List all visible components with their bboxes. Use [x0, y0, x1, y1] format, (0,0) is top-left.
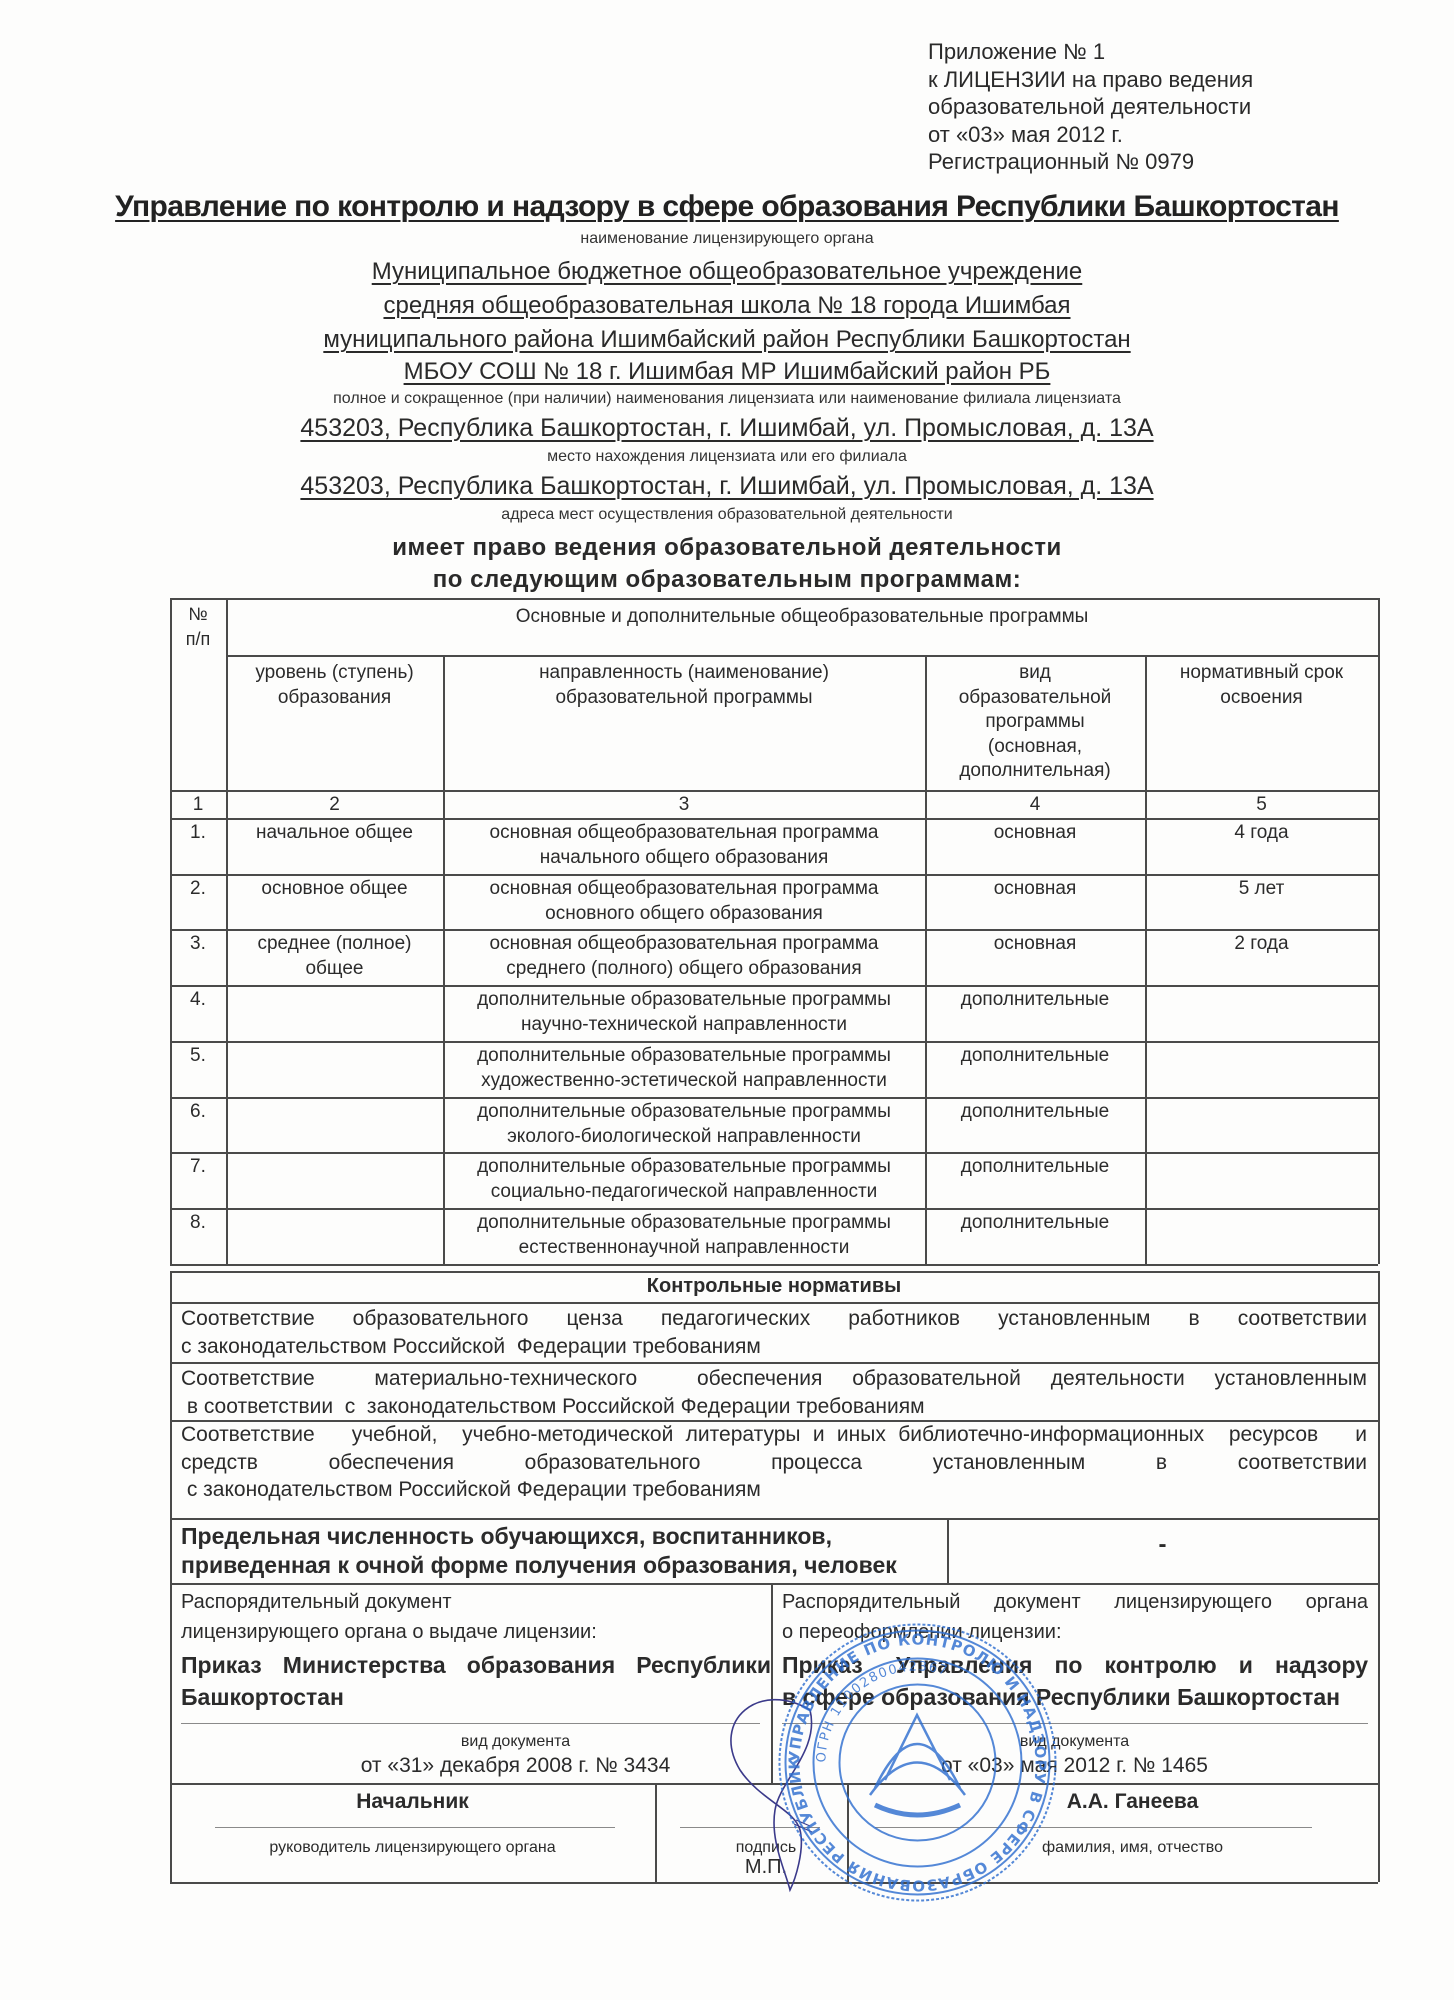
table-column-header: уровень (ступень) образования	[226, 661, 443, 710]
rule-line	[226, 655, 1378, 657]
appendix-line: Приложение № 1	[928, 38, 1253, 66]
licensee-caption: полное и сокращенное (при наличии) наиме…	[0, 390, 1454, 408]
program-kind: основная	[925, 876, 1145, 901]
rule-line	[181, 1723, 760, 1724]
control-norms-title: Контрольные нормативы	[170, 1274, 1378, 1299]
seal-mark: М.П.	[655, 1855, 847, 1880]
control-norm-text: с законодательством Российской Федерации…	[181, 1333, 1367, 1360]
appendix-line: образовательной деятельности	[928, 93, 1253, 121]
table-column-header: направленность (наименование) образовате…	[443, 661, 925, 710]
program-direction: дополнительные образовательные программы…	[443, 1043, 925, 1093]
row-number: 4.	[170, 987, 226, 1012]
rule-line	[215, 1827, 615, 1828]
signatory-position: Начальник	[170, 1789, 655, 1814]
education-level: основное общее	[226, 876, 443, 901]
signatory-name-caption: фамилия, имя, отчество	[847, 1835, 1378, 1860]
column-number: 2	[226, 792, 443, 817]
program-direction: дополнительные образовательные программы…	[443, 1154, 925, 1204]
program-direction: дополнительные образовательные программы…	[443, 1099, 925, 1149]
rule-line	[1145, 655, 1147, 1264]
education-level: начальное общее	[226, 820, 443, 845]
rule-line	[170, 598, 1378, 600]
licensee-short-name: МБОУ СОШ № 18 г. Ишимбая МР Ишимбайский …	[0, 358, 1454, 386]
control-norm-text: Соответствие образовательного ценза педа…	[181, 1305, 1367, 1332]
control-norm-text: Соответствие учебной, учебно-методическо…	[181, 1421, 1367, 1448]
column-number: 1	[170, 792, 226, 817]
row-number: 2.	[170, 876, 226, 901]
reissue-doc-label: о переоформлении лицензии:	[782, 1617, 1368, 1647]
rule-line	[170, 1783, 1378, 1785]
program-kind: дополнительные	[925, 1210, 1145, 1235]
appendix-block: Приложение № 1 к ЛИЦЕНЗИИ на право веден…	[928, 38, 1253, 176]
row-number: 7.	[170, 1154, 226, 1179]
rule-line	[1378, 598, 1380, 1264]
licensing-authority-name: Управление по контролю и надзору в сфере…	[0, 190, 1454, 224]
rule-line	[170, 1362, 1378, 1364]
right-statement-line2: по следующим образовательным программам:	[0, 566, 1454, 594]
program-term: 5 лет	[1145, 876, 1378, 901]
control-norm-text: Соответствие материально-технического об…	[181, 1365, 1367, 1392]
rule-line	[782, 1723, 1368, 1724]
table-header-number: № п/п	[170, 602, 226, 652]
program-direction: основная общеобразовательная программа с…	[443, 931, 925, 981]
program-direction: основная общеобразовательная программа о…	[443, 876, 925, 926]
activity-address-caption: адреса мест осуществления образовательно…	[0, 506, 1454, 524]
right-statement-line1: имеет право ведения образовательной деят…	[0, 534, 1454, 562]
control-norm-text: средств обеспечения образовательного про…	[181, 1449, 1367, 1476]
program-kind: дополнительные	[925, 1099, 1145, 1124]
appendix-line: к ЛИЦЕНЗИИ на право ведения	[928, 66, 1253, 94]
licensee-name-line: Муниципальное бюджетное общеобразователь…	[0, 258, 1454, 286]
program-kind: дополнительные	[925, 987, 1145, 1012]
rule-line	[875, 1827, 1312, 1828]
licensee-location: 453203, Республика Башкортостан, г. Ишим…	[0, 414, 1454, 443]
activity-address: 453203, Республика Башкортостан, г. Ишим…	[0, 472, 1454, 501]
column-number: 4	[925, 792, 1145, 817]
rule-line	[1378, 1271, 1380, 1882]
rule-line	[170, 1882, 1378, 1884]
reissue-doc-label: Распорядительный документ лицензирующего…	[782, 1587, 1368, 1617]
row-number: 1.	[170, 820, 226, 845]
reissue-doc-name: Приказ Управления по контролю и надзору	[782, 1649, 1368, 1681]
program-direction: дополнительные образовательные программы…	[443, 987, 925, 1037]
column-number: 5	[1145, 792, 1378, 817]
appendix-line: Регистрационный № 0979	[928, 148, 1253, 176]
signatory-position-caption: руководитель лицензирующего органа	[170, 1835, 655, 1860]
rule-line	[170, 1271, 1378, 1273]
reissue-doc-name: в сфере образования Республики Башкортос…	[782, 1681, 1368, 1713]
rule-line	[170, 1583, 1378, 1585]
table-column-header: нормативный срок освоения	[1145, 661, 1378, 710]
issue-doc-kind-caption: вид документа	[170, 1729, 771, 1754]
licensee-name-line: средняя общеобразовательная школа № 18 г…	[0, 292, 1454, 320]
column-number: 3	[443, 792, 925, 817]
rule-line	[680, 1827, 820, 1828]
location-caption: место нахождения лицензиата или его фили…	[0, 448, 1454, 466]
quota-value: -	[947, 1532, 1378, 1557]
issue-doc-label: Распорядительный документ	[181, 1587, 771, 1617]
issue-doc-date: от «31» декабря 2008 г. № 3434	[170, 1753, 771, 1778]
licensee-name-line: муниципального района Ишимбайский район …	[0, 326, 1454, 354]
program-term: 4 года	[1145, 820, 1378, 845]
rule-line	[170, 1264, 1378, 1266]
education-level: среднее (полное) общее	[226, 931, 443, 981]
reissue-doc-date: от «03» мая 2012 г. № 1465	[771, 1753, 1378, 1778]
program-kind: дополнительные	[925, 1043, 1145, 1068]
program-direction: основная общеобразовательная программа н…	[443, 820, 925, 870]
rule-line	[170, 1518, 1378, 1520]
issue-doc-name: Башкортостан	[181, 1681, 771, 1713]
row-number: 6.	[170, 1099, 226, 1124]
issue-doc-label: лицензирующего органа о выдаче лицензии:	[181, 1617, 771, 1647]
appendix-line: от «03» мая 2012 г.	[928, 121, 1253, 149]
rule-line	[170, 1302, 1378, 1304]
control-norm-text: в соответствии с законодательством Росси…	[181, 1393, 1367, 1420]
issue-doc-name: Приказ Министерства образования Республи…	[181, 1649, 771, 1681]
quota-label: приведенная к очной форме получения обра…	[181, 1551, 951, 1580]
signatory-name: А.А. Ганеева	[847, 1789, 1378, 1814]
table-column-header: вид образовательной программы (основная,…	[925, 661, 1145, 784]
control-norm-text: с законодательством Российской Федерации…	[181, 1476, 1367, 1503]
row-number: 8.	[170, 1210, 226, 1235]
program-kind: дополнительные	[925, 1154, 1145, 1179]
row-number: 5.	[170, 1043, 226, 1068]
row-number: 3.	[170, 931, 226, 956]
program-kind: основная	[925, 820, 1145, 845]
program-term: 2 года	[1145, 931, 1378, 956]
reissue-doc-kind-caption: вид документа	[771, 1729, 1378, 1754]
program-direction: дополнительные образовательные программы…	[443, 1210, 925, 1260]
table-header-group: Основные и дополнительные общеобразовате…	[226, 604, 1378, 629]
licensing-authority-caption: наименование лицензирующего органа	[0, 230, 1454, 248]
program-kind: основная	[925, 931, 1145, 956]
quota-label: Предельная численность обучающихся, восп…	[181, 1522, 951, 1551]
